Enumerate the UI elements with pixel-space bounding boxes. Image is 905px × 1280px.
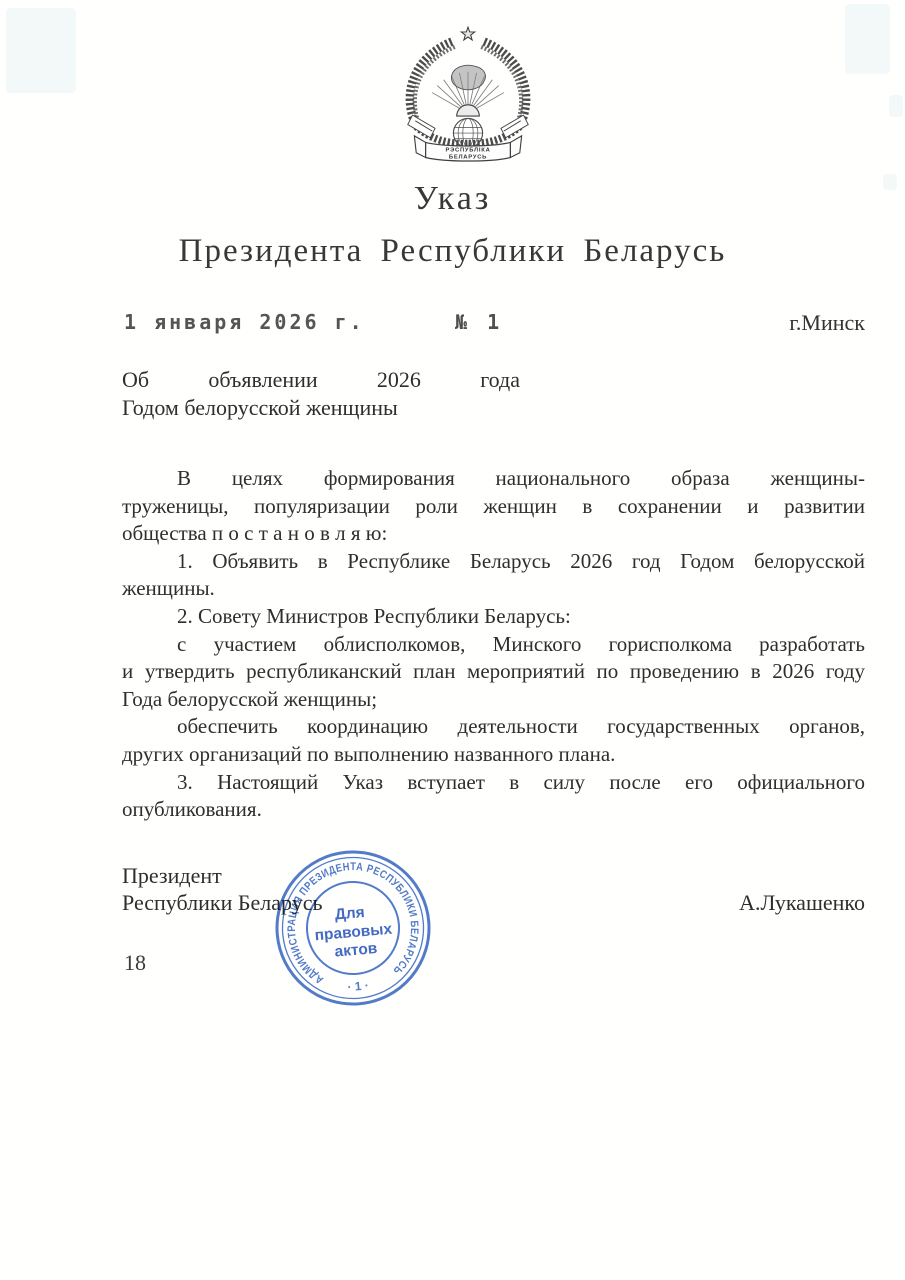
body-line: общества п о с т а н о в л я ю: (122, 520, 865, 548)
star-icon (461, 27, 474, 40)
stamp-bottom-text: · 1 · (347, 978, 369, 994)
ribbon-text-line2: БЕЛАРУСЬ (449, 154, 487, 160)
body-line: В целях формирования национального образ… (122, 465, 865, 493)
document-city: г.Минск (789, 310, 865, 336)
stamp-center-text-line3: актов (334, 940, 378, 961)
document-issuer-title: Президента Республики Беларусь (0, 233, 905, 270)
page-number: 18 (124, 950, 146, 976)
body-line: труженицы, популяризации роли женщин в с… (122, 493, 865, 521)
subject-line: Годом белорусской женщины (122, 394, 520, 422)
signer-title-line: Президент (122, 862, 323, 889)
decree-document-page: РЭСПУБЛІКА БЕЛАРУСЬ Указ Президента Респ… (0, 0, 905, 1280)
document-date: 1 января 2026 г. (124, 310, 365, 334)
body-line: других организаций по выполнению названн… (122, 741, 865, 769)
dateline: 1 января 2026 г. № 1 г.Минск (0, 310, 905, 338)
body-line: с участием облисполкомов, Минского горис… (122, 631, 865, 659)
subject-line: Об объявлении 2026 года (122, 366, 520, 394)
belarus-territory-outline (451, 65, 485, 89)
body-line: 1. Объявить в Республике Беларусь 2026 г… (122, 548, 865, 576)
signature-block: Президент Республики Беларусь А.Лукашенк… (122, 862, 865, 916)
body-line: опубликования. (122, 796, 865, 824)
body-line: 2. Совету Министров Республики Беларусь: (122, 603, 865, 631)
stamp-center-text-line2: правовых (314, 921, 393, 945)
document-type-title: Указ (0, 180, 905, 218)
signer-title-line: Республики Беларусь (122, 889, 323, 916)
body-line: и утвердить республиканский план меропри… (122, 658, 865, 686)
document-subject: Об объявлении 2026 года Годом белорусско… (122, 366, 520, 421)
body-line: 3. Настоящий Указ вступает в силу после … (122, 769, 865, 797)
official-stamp: АДМИНИСТРАЦИЯ ПРЕЗИДЕНТА РЕСПУБЛИКИ БЕЛА… (255, 830, 450, 1025)
belarus-coat-of-arms-icon: РЭСПУБЛІКА БЕЛАРУСЬ (388, 20, 548, 167)
document-body: В целях формирования национального образ… (122, 465, 865, 824)
signer-title: Президент Республики Беларусь (122, 862, 323, 916)
body-line: женщины. (122, 575, 865, 603)
body-line: обеспечить координацию деятельности госу… (122, 713, 865, 741)
scan-artifact (6, 8, 76, 93)
signer-name: А.Лукашенко (739, 889, 865, 916)
scan-artifact (845, 4, 890, 74)
document-number: № 1 (455, 310, 503, 334)
body-line: Года белорусской женщины; (122, 686, 865, 714)
scan-artifact (889, 95, 903, 117)
ribbon-text-line1: РЭСПУБЛІКА (445, 147, 490, 153)
